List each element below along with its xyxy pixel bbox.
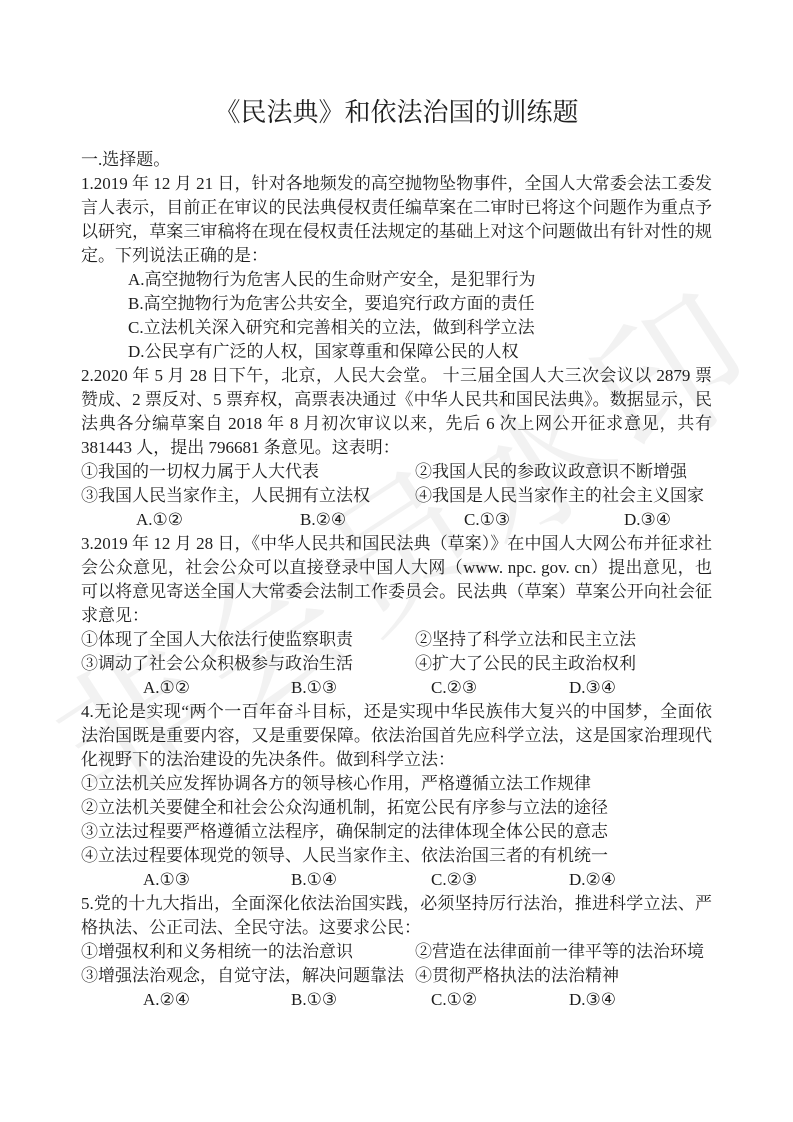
question-4-statement-2: ②立法机关要健全和社会公众沟通机制，拓宽公民有序参与立法的途径 <box>81 796 712 820</box>
question-2-stem: 2.2020 年 5 月 28 日下午，北京，人民大会堂。 十三届全国人大三次会… <box>81 364 712 460</box>
question-1-option-c: C.立法机关深入研究和完善相关的立法，做到科学立法 <box>81 316 712 340</box>
question-4-statement-3: ③立法过程要严格遵循立法程序，确保制定的法律体现全体公民的意志 <box>81 820 712 844</box>
question-5-statement-2: ②营造在法律面前一律平等的法治环境 <box>415 940 712 964</box>
document-body: 一.选择题。 1.2019 年 12 月 21 日，针对各地频发的高空抛物坠物事… <box>81 148 712 1012</box>
question-4-answer-c: C.②③ <box>431 868 569 892</box>
question-3-answer-b: B.①③ <box>291 676 431 700</box>
question-2-statement-4: ④我国是人民当家作主的社会主义国家 <box>415 484 712 508</box>
question-4-answers: A.①③ B.①④ C.②③ D.②④ <box>81 868 712 892</box>
question-2-statement-3: ③我国人民当家作主，人民拥有立法权 <box>81 484 415 508</box>
question-4-statement-1: ①立法机关应发挥协调各方的领导核心作用，严格遵循立法工作规律 <box>81 772 712 796</box>
document-title: 《民法典》和依法治国的训练题 <box>0 0 793 128</box>
question-3-statement-3: ③调动了社会公众积极参与政治生活 <box>81 652 415 676</box>
question-2-statement-2: ②我国人民的参政议政意识不断增强 <box>415 460 712 484</box>
question-1: 1.2019 年 12 月 21 日，针对各地频发的高空抛物坠物事件，全国人大常… <box>81 172 712 364</box>
question-2-answers: A.①② B.②④ C.①③ D.③④ <box>81 508 712 532</box>
question-3-statements-row-2: ③调动了社会公众积极参与政治生活 ④扩大了公民的民主政治权利 <box>81 652 712 676</box>
question-5-answers: A.②④ B.①③ C.①② D.③④ <box>81 988 712 1012</box>
question-2-statements-row-2: ③我国人民当家作主，人民拥有立法权 ④我国是人民当家作主的社会主义国家 <box>81 484 712 508</box>
question-4-statement-4: ④立法过程要体现党的领导、人民当家作主、依法治国三者的有机统一 <box>81 844 712 868</box>
question-5: 5.党的十九大指出，全面深化依法治国实践，必须坚持厉行法治，推进科学立法、严格执… <box>81 892 712 1012</box>
question-2-answer-d: D.③④ <box>624 508 712 532</box>
question-3-statement-1: ①体现了全国人大依法行使监察职责 <box>81 628 415 652</box>
question-3-statement-2: ②坚持了科学立法和民主立法 <box>415 628 712 652</box>
question-5-answer-c: C.①② <box>431 988 569 1012</box>
question-4-answer-a: A.①③ <box>143 868 291 892</box>
question-2: 2.2020 年 5 月 28 日下午，北京，人民大会堂。 十三届全国人大三次会… <box>81 364 712 532</box>
question-4-answer-d: D.②④ <box>569 868 712 892</box>
question-3: 3.2019 年 12 月 28 日，《中华人民共和国民法典（草案）》在中国人大… <box>81 532 712 700</box>
question-3-answer-d: D.③④ <box>569 676 712 700</box>
question-5-statement-1: ①增强权利和义务相统一的法治意识 <box>81 940 415 964</box>
question-1-stem: 1.2019 年 12 月 21 日，针对各地频发的高空抛物坠物事件，全国人大常… <box>81 172 712 268</box>
question-5-answer-b: B.①③ <box>291 988 431 1012</box>
question-3-statement-4: ④扩大了公民的民主政治权利 <box>415 652 712 676</box>
question-5-answer-a: A.②④ <box>143 988 291 1012</box>
question-2-statements-row-1: ①我国的一切权力属于人大代表 ②我国人民的参政议政意识不断增强 <box>81 460 712 484</box>
question-2-statement-1: ①我国的一切权力属于人大代表 <box>81 460 415 484</box>
question-4: 4.无论是实现“两个一百年奋斗目标，还是实现中华民族伟大复兴的中国梦，全面依法治… <box>81 700 712 892</box>
question-3-answers: A.①② B.①③ C.②③ D.③④ <box>81 676 712 700</box>
question-3-stem: 3.2019 年 12 月 28 日，《中华人民共和国民法典（草案）》在中国人大… <box>81 532 712 628</box>
question-1-option-a: A.高空抛物行为危害人民的生命财产安全，是犯罪行为 <box>81 268 712 292</box>
question-3-statements-row-1: ①体现了全国人大依法行使监察职责 ②坚持了科学立法和民主立法 <box>81 628 712 652</box>
question-1-option-d: D.公民享有广泛的人权，国家尊重和保障公民的人权 <box>81 340 712 364</box>
question-3-answer-a: A.①② <box>143 676 291 700</box>
question-5-statement-3: ③增强法治观念，自觉守法，解决问题靠法 <box>81 964 415 988</box>
question-2-answer-b: B.②④ <box>300 508 464 532</box>
question-5-statements-row-2: ③增强法治观念，自觉守法，解决问题靠法 ④贯彻严格执法的法治精神 <box>81 964 712 988</box>
question-4-stem: 4.无论是实现“两个一百年奋斗目标，还是实现中华民族伟大复兴的中国梦，全面依法治… <box>81 700 712 772</box>
document-page: 非会员水印 《民法典》和依法治国的训练题 一.选择题。 1.2019 年 12 … <box>0 0 793 1122</box>
question-3-answer-c: C.②③ <box>431 676 569 700</box>
section-heading: 一.选择题。 <box>81 148 712 172</box>
question-1-option-b: B.高空抛物行为危害公共安全，要追究行政方面的责任 <box>81 292 712 316</box>
question-2-answer-a: A.①② <box>136 508 300 532</box>
question-5-statement-4: ④贯彻严格执法的法治精神 <box>415 964 712 988</box>
question-5-answer-d: D.③④ <box>569 988 712 1012</box>
question-5-statements-row-1: ①增强权利和义务相统一的法治意识 ②营造在法律面前一律平等的法治环境 <box>81 940 712 964</box>
question-4-answer-b: B.①④ <box>291 868 431 892</box>
question-2-answer-c: C.①③ <box>464 508 624 532</box>
question-5-stem: 5.党的十九大指出，全面深化依法治国实践，必须坚持厉行法治，推进科学立法、严格执… <box>81 892 712 940</box>
